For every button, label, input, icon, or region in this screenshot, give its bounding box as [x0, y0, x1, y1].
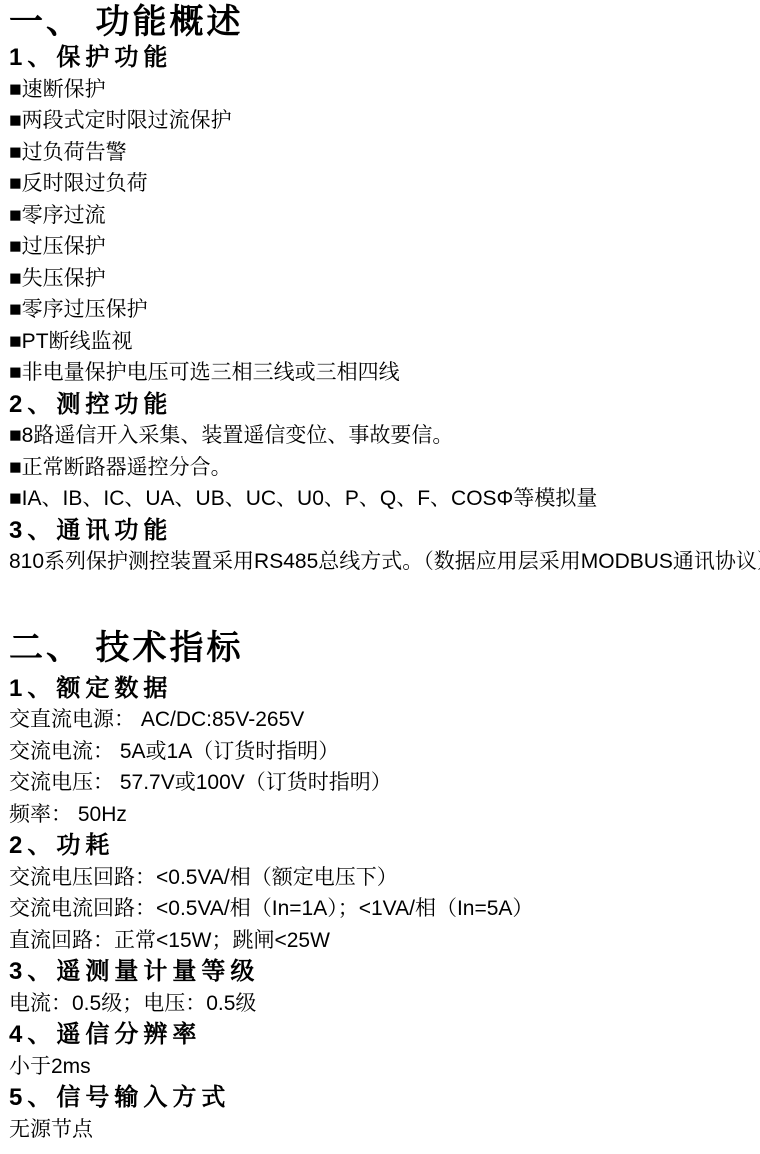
subsection-title-protection: 1、保护功能	[9, 42, 752, 74]
subsection-title-measure-control: 2、测控功能	[9, 389, 752, 421]
subsection-title-communication: 3、通讯功能	[9, 515, 752, 547]
bullet-item: ■失压保护	[9, 263, 752, 295]
bullet-item: ■速断保护	[9, 74, 752, 106]
bullet-item: ■正常断路器遥控分合。	[9, 452, 752, 484]
bullet-item: ■过压保护	[9, 231, 752, 263]
subsection-title-telemetry-class: 3、遥测量计量等级	[9, 956, 752, 988]
paragraph: 电流：0.5级；电压：0.5级	[9, 988, 752, 1020]
section-heading-technical-specs: 二、 技术指标	[9, 628, 752, 668]
section-heading-function-overview: 一、 功能概述	[9, 2, 752, 42]
bullet-item: ■两段式定时限过流保护	[9, 105, 752, 137]
bullet-item: ■过负荷告警	[9, 137, 752, 169]
subsection-title-signal-input: 5、信号输入方式	[9, 1082, 752, 1114]
paragraph: 810系列保护测控装置采用RS485总线方式。（数据应用层采用MODBUS通讯协…	[9, 546, 752, 578]
bullet-item: ■反时限过负荷	[9, 168, 752, 200]
bullet-item: ■8路遥信开入采集、装置遥信变位、事故要信。	[9, 420, 752, 452]
bullet-item: ■PT断线监视	[9, 326, 752, 358]
subsection-title-rated-data: 1、额定数据	[9, 673, 752, 705]
paragraph: 交流电压： 57.7V或100V（订货时指明）	[9, 767, 752, 799]
paragraph: 小于2ms	[9, 1051, 752, 1083]
paragraph: 频率： 50Hz	[9, 799, 752, 831]
paragraph: 交流电压回路：<0.5VA/相（额定电压下）	[9, 862, 752, 894]
paragraph: 交直流电源： AC/DC:85V-265V	[9, 704, 752, 736]
bullet-item: ■零序过压保护	[9, 294, 752, 326]
document-page: 一、 功能概述 1、保护功能 ■速断保护 ■两段式定时限过流保护 ■过负荷告警 …	[0, 0, 760, 1145]
subsection-title-signal-resolution: 4、遥信分辨率	[9, 1019, 752, 1051]
paragraph: 交流电流回路：<0.5VA/相（In=1A）；<1VA/相（In=5A）	[9, 893, 752, 925]
bullet-item: ■IA、IB、IC、UA、UB、UC、U0、P、Q、F、COSΦ等模拟量	[9, 483, 752, 515]
paragraph: 无源节点	[9, 1114, 752, 1146]
paragraph: 交流电流： 5A或1A（订货时指明）	[9, 736, 752, 768]
bullet-item: ■零序过流	[9, 200, 752, 232]
paragraph: 直流回路：正常<15W；跳闸<25W	[9, 925, 752, 957]
bullet-item: ■非电量保护电压可选三相三线或三相四线	[9, 357, 752, 389]
subsection-title-power-consumption: 2、功耗	[9, 830, 752, 862]
